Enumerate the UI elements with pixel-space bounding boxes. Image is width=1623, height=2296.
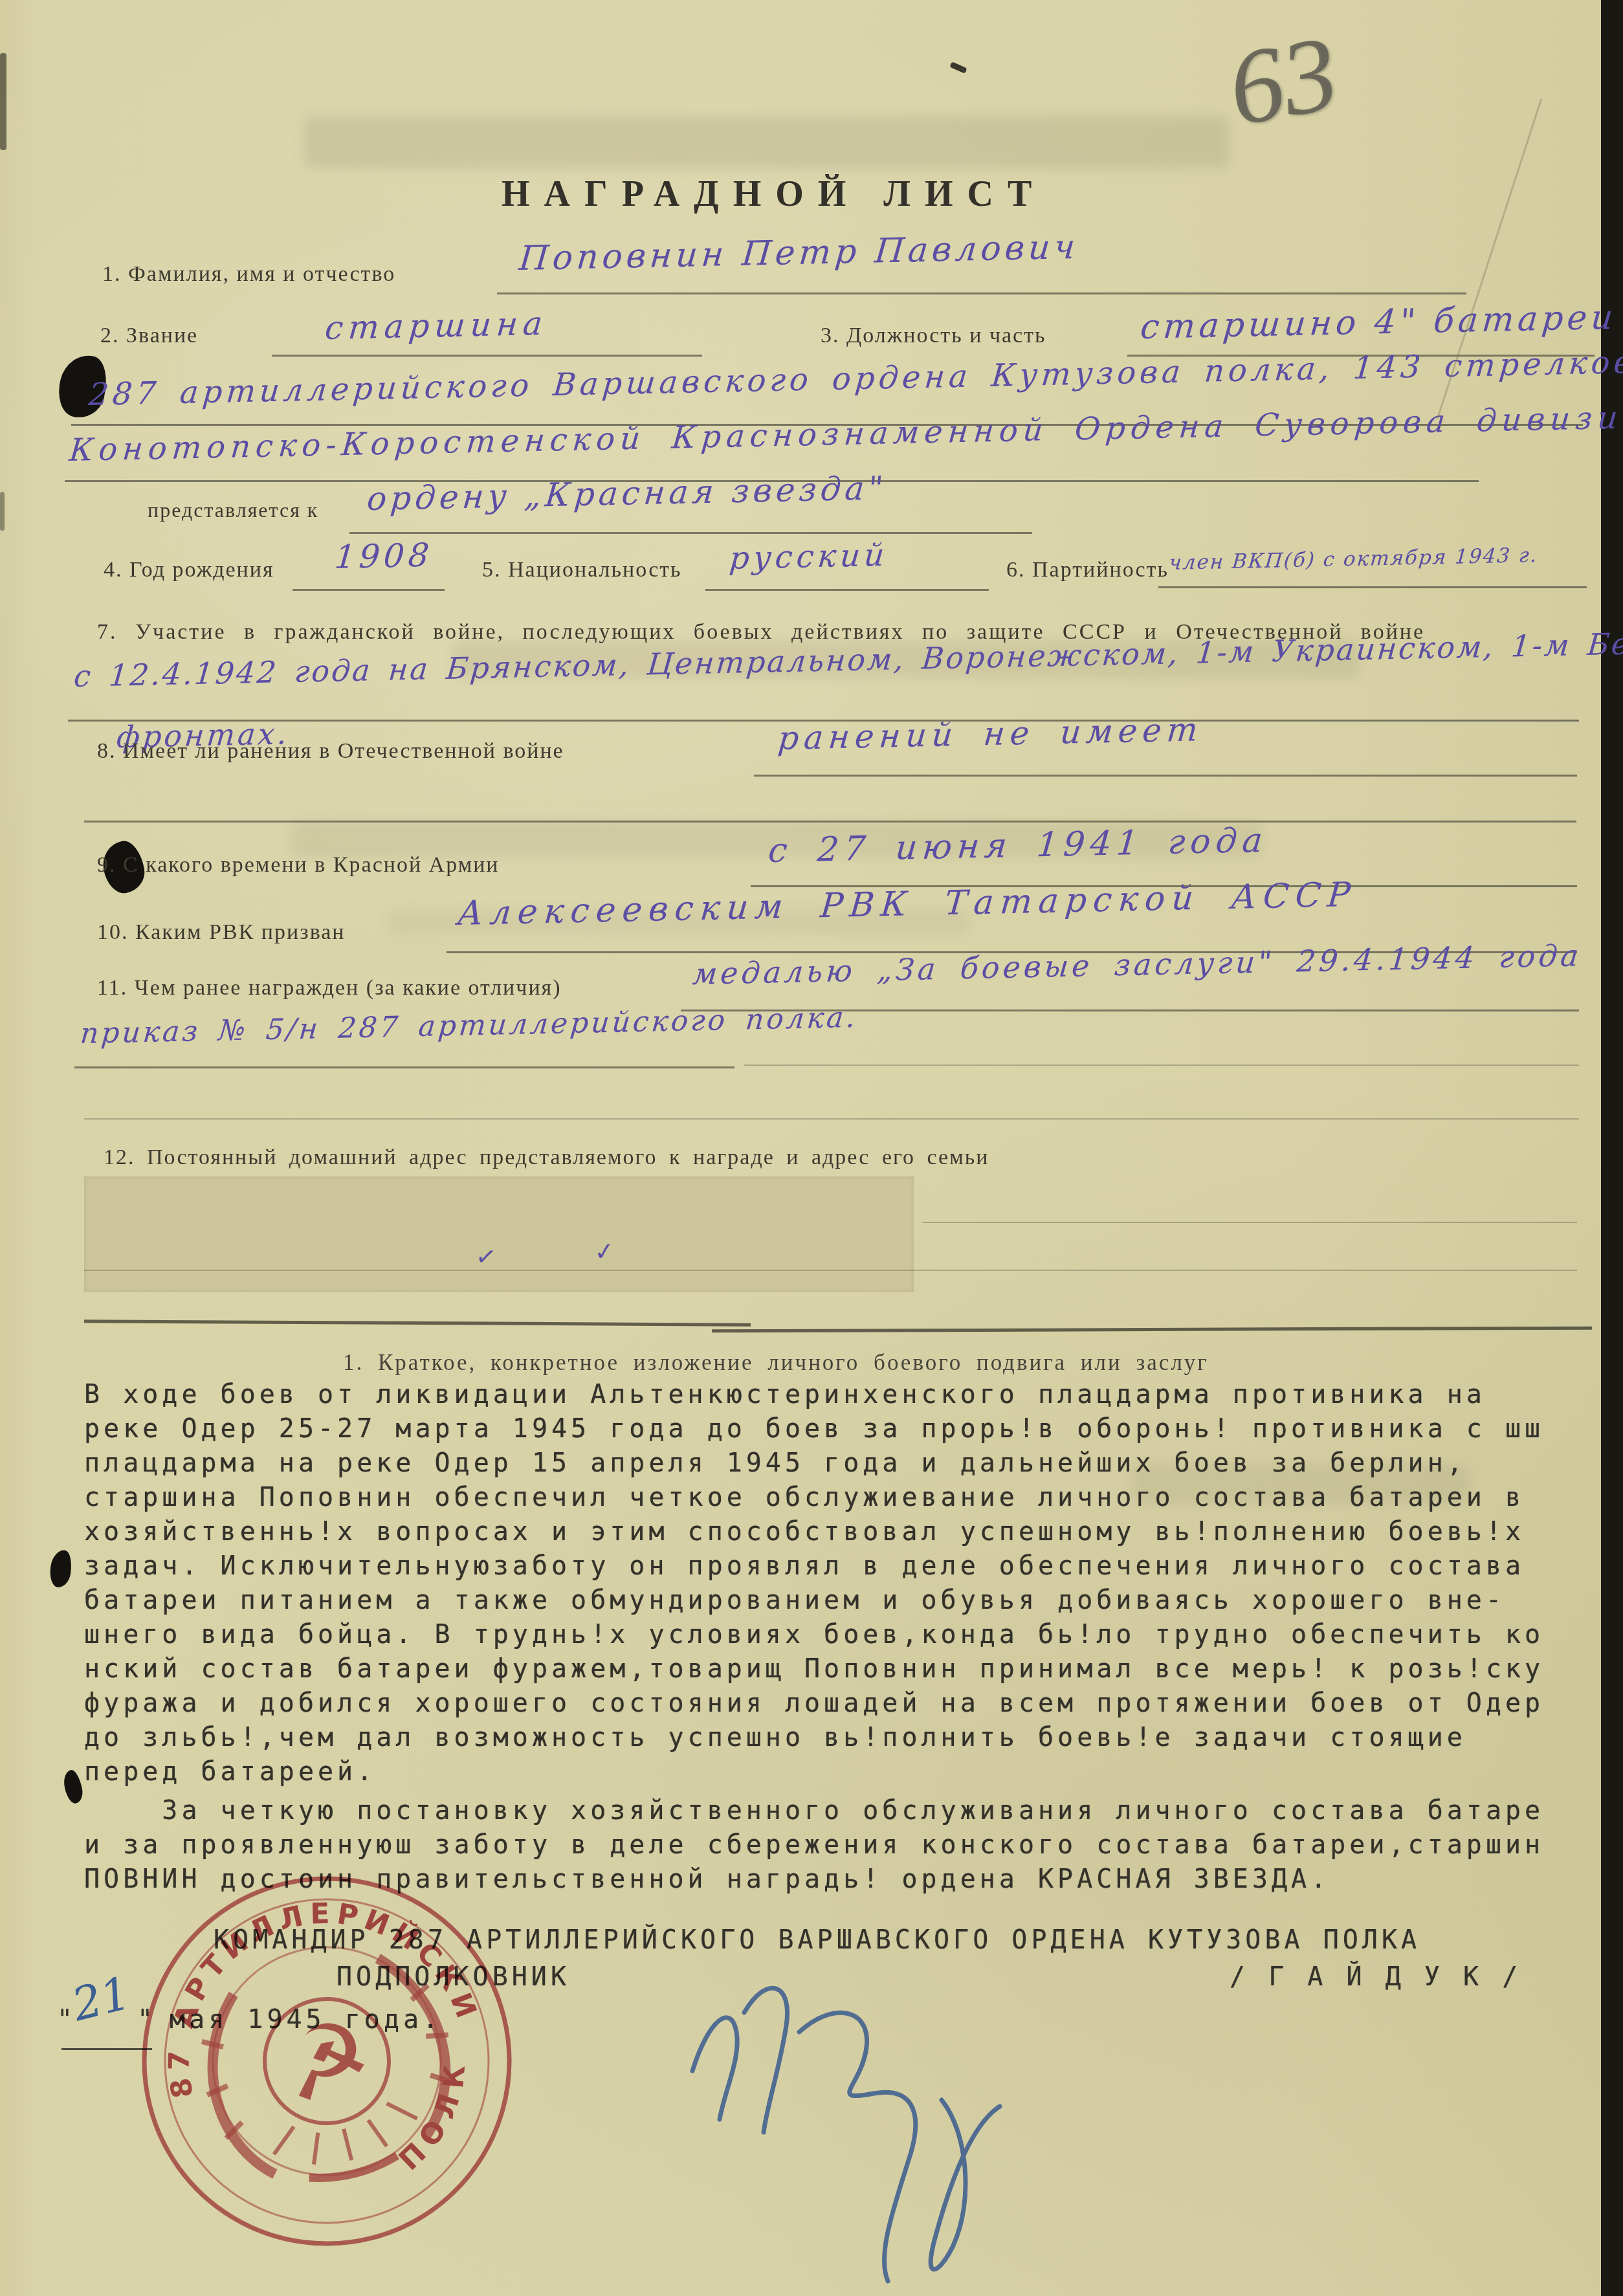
- field-label-prior-awards: 11. Чем ранее награжден (за какие отличи…: [97, 976, 562, 1000]
- story-line: батареи питанием а также обмундированием…: [84, 1585, 1505, 1615]
- scan-edge-speck: [0, 53, 6, 150]
- field-label-party: 6. Партийность: [1006, 558, 1169, 582]
- underline-rule: [744, 1065, 1579, 1066]
- field-value-wounds: ранений не имеет: [777, 711, 1204, 757]
- field-value-nationality: русский: [728, 537, 889, 577]
- underline-rule: [293, 589, 445, 591]
- story-line: нский состав батареи фуражем,товарищ Поп…: [84, 1654, 1544, 1684]
- story-line: старшина Поповнин обеспечил четкое обслу…: [84, 1483, 1525, 1512]
- check-mark: ✓: [474, 1241, 498, 1273]
- date-quote-open: ": [57, 2005, 72, 2035]
- underline-rule: [74, 1066, 734, 1068]
- document-title: НАГРАДНОЙ ЛИСТ: [502, 173, 1046, 215]
- story-line: и за проявленнуюш заботу в деле сбережен…: [84, 1830, 1544, 1860]
- ink-speck: [949, 61, 967, 74]
- underline-rule: [84, 1118, 1579, 1120]
- story-line: шнего вида бойца. В труднь!х условиях бо…: [84, 1620, 1544, 1650]
- story-line: до зльбь!,чем дал возможность успешно вь…: [84, 1723, 1466, 1752]
- field-value-prior-awards-2: приказ № 5/н 287 артиллерийского полка.: [79, 1001, 859, 1050]
- story-line: В ходе боев от ликвидации Альтенкюстерин…: [84, 1380, 1486, 1409]
- underline-rule: [84, 821, 1576, 822]
- field-label-position: 3. Должность и часть: [821, 324, 1046, 348]
- address-redaction: [84, 1176, 914, 1292]
- soviet-emblem: ☭: [185, 1947, 476, 2204]
- date-day-handwritten: 21: [67, 1966, 135, 2031]
- underline-rule: [349, 532, 1032, 534]
- page-number-pencil: 63: [1220, 11, 1346, 151]
- section-separator: [84, 1319, 751, 1326]
- field-label-surname: 1. Фамилия, имя и отчество: [102, 262, 395, 287]
- field-value-nominated: ордену „Красная звезда": [366, 469, 889, 518]
- story-line: перед батареей.: [84, 1757, 376, 1787]
- field-label-nationality: 5. Национальность: [482, 558, 682, 582]
- field-label-rvk: 10. Каким РВК призван: [97, 920, 346, 945]
- story-line: За четкую постановку хозяйственного обсл…: [84, 1796, 1544, 1826]
- field-value-position: старшино 4" батареи: [1139, 298, 1618, 347]
- underline-rule: [497, 293, 1466, 294]
- section-separator: [712, 1327, 1592, 1333]
- unit-line-2: Конотопско-Коростенской Краснознаменной …: [68, 399, 1623, 469]
- regiment-stamp: 287 АРТИЛЛЕРИЙСКИЙ ПОЛК ☭: [133, 1867, 521, 2255]
- field-label-home-address: 12. Постоянный домашний адрес представля…: [104, 1145, 989, 1170]
- underline-rule: [922, 1222, 1577, 1223]
- ink-blot: [48, 1549, 74, 1589]
- underline-rule: [705, 589, 989, 591]
- check-mark: ✓: [593, 1236, 616, 1267]
- ink-blot: [61, 1769, 85, 1805]
- unit-line-1: 287 артиллерийского Варшавского ордена К…: [87, 343, 1623, 413]
- field-value-prior-awards-1: медалью „За боевые заслуги" 29.4.1944 го…: [691, 938, 1583, 991]
- underline-rule: [84, 1270, 1577, 1271]
- field-value-birth-year: 1908: [333, 536, 434, 576]
- field-label-rank: 2. Звание: [100, 324, 198, 348]
- scan-edge-speck: [0, 492, 5, 531]
- field-label-red-army-since: 9. С какого времени в Красной Армии: [97, 853, 500, 878]
- story-line: задач. Исключительнуюзаботу он проявлял …: [84, 1551, 1525, 1581]
- field-label-nominated: представляется к: [148, 498, 318, 522]
- bleed-through-band: [304, 116, 1230, 168]
- story-header: 1. Краткое, конкретное изложение личного…: [343, 1350, 1209, 1376]
- underline-rule: [272, 355, 702, 357]
- underline-rule: [754, 775, 1577, 777]
- field-value-rank: старшина: [324, 305, 549, 347]
- story-line: хозяйственнь!х вопросах и этим способств…: [84, 1517, 1525, 1547]
- commander-name: / Г А Й Д У К /: [1230, 1962, 1521, 1992]
- document-page: 63 НАГРАДНОЙ ЛИСТ 1. Фамилия, имя и отче…: [0, 0, 1623, 2296]
- field-value-party: член ВКП(б) с октября 1943 г.: [1168, 544, 1539, 575]
- underline-rule: [1158, 586, 1587, 588]
- story-line: фуража и добился хорошего состояния лоша…: [84, 1688, 1544, 1718]
- field-label-birth-year: 4. Год рождения: [104, 558, 274, 582]
- field-label-wounds: 8. Имеет ли ранения в Отечественной войн…: [97, 739, 564, 764]
- commander-signature: [647, 1935, 1061, 2296]
- field-value-surname: Поповнин Петр Павлович: [518, 228, 1080, 278]
- story-line: реке Одер 25-27 марта 1945 года до боев …: [84, 1414, 1544, 1444]
- story-line: плацдарма на реке Одер 15 апреля 1945 го…: [84, 1448, 1466, 1478]
